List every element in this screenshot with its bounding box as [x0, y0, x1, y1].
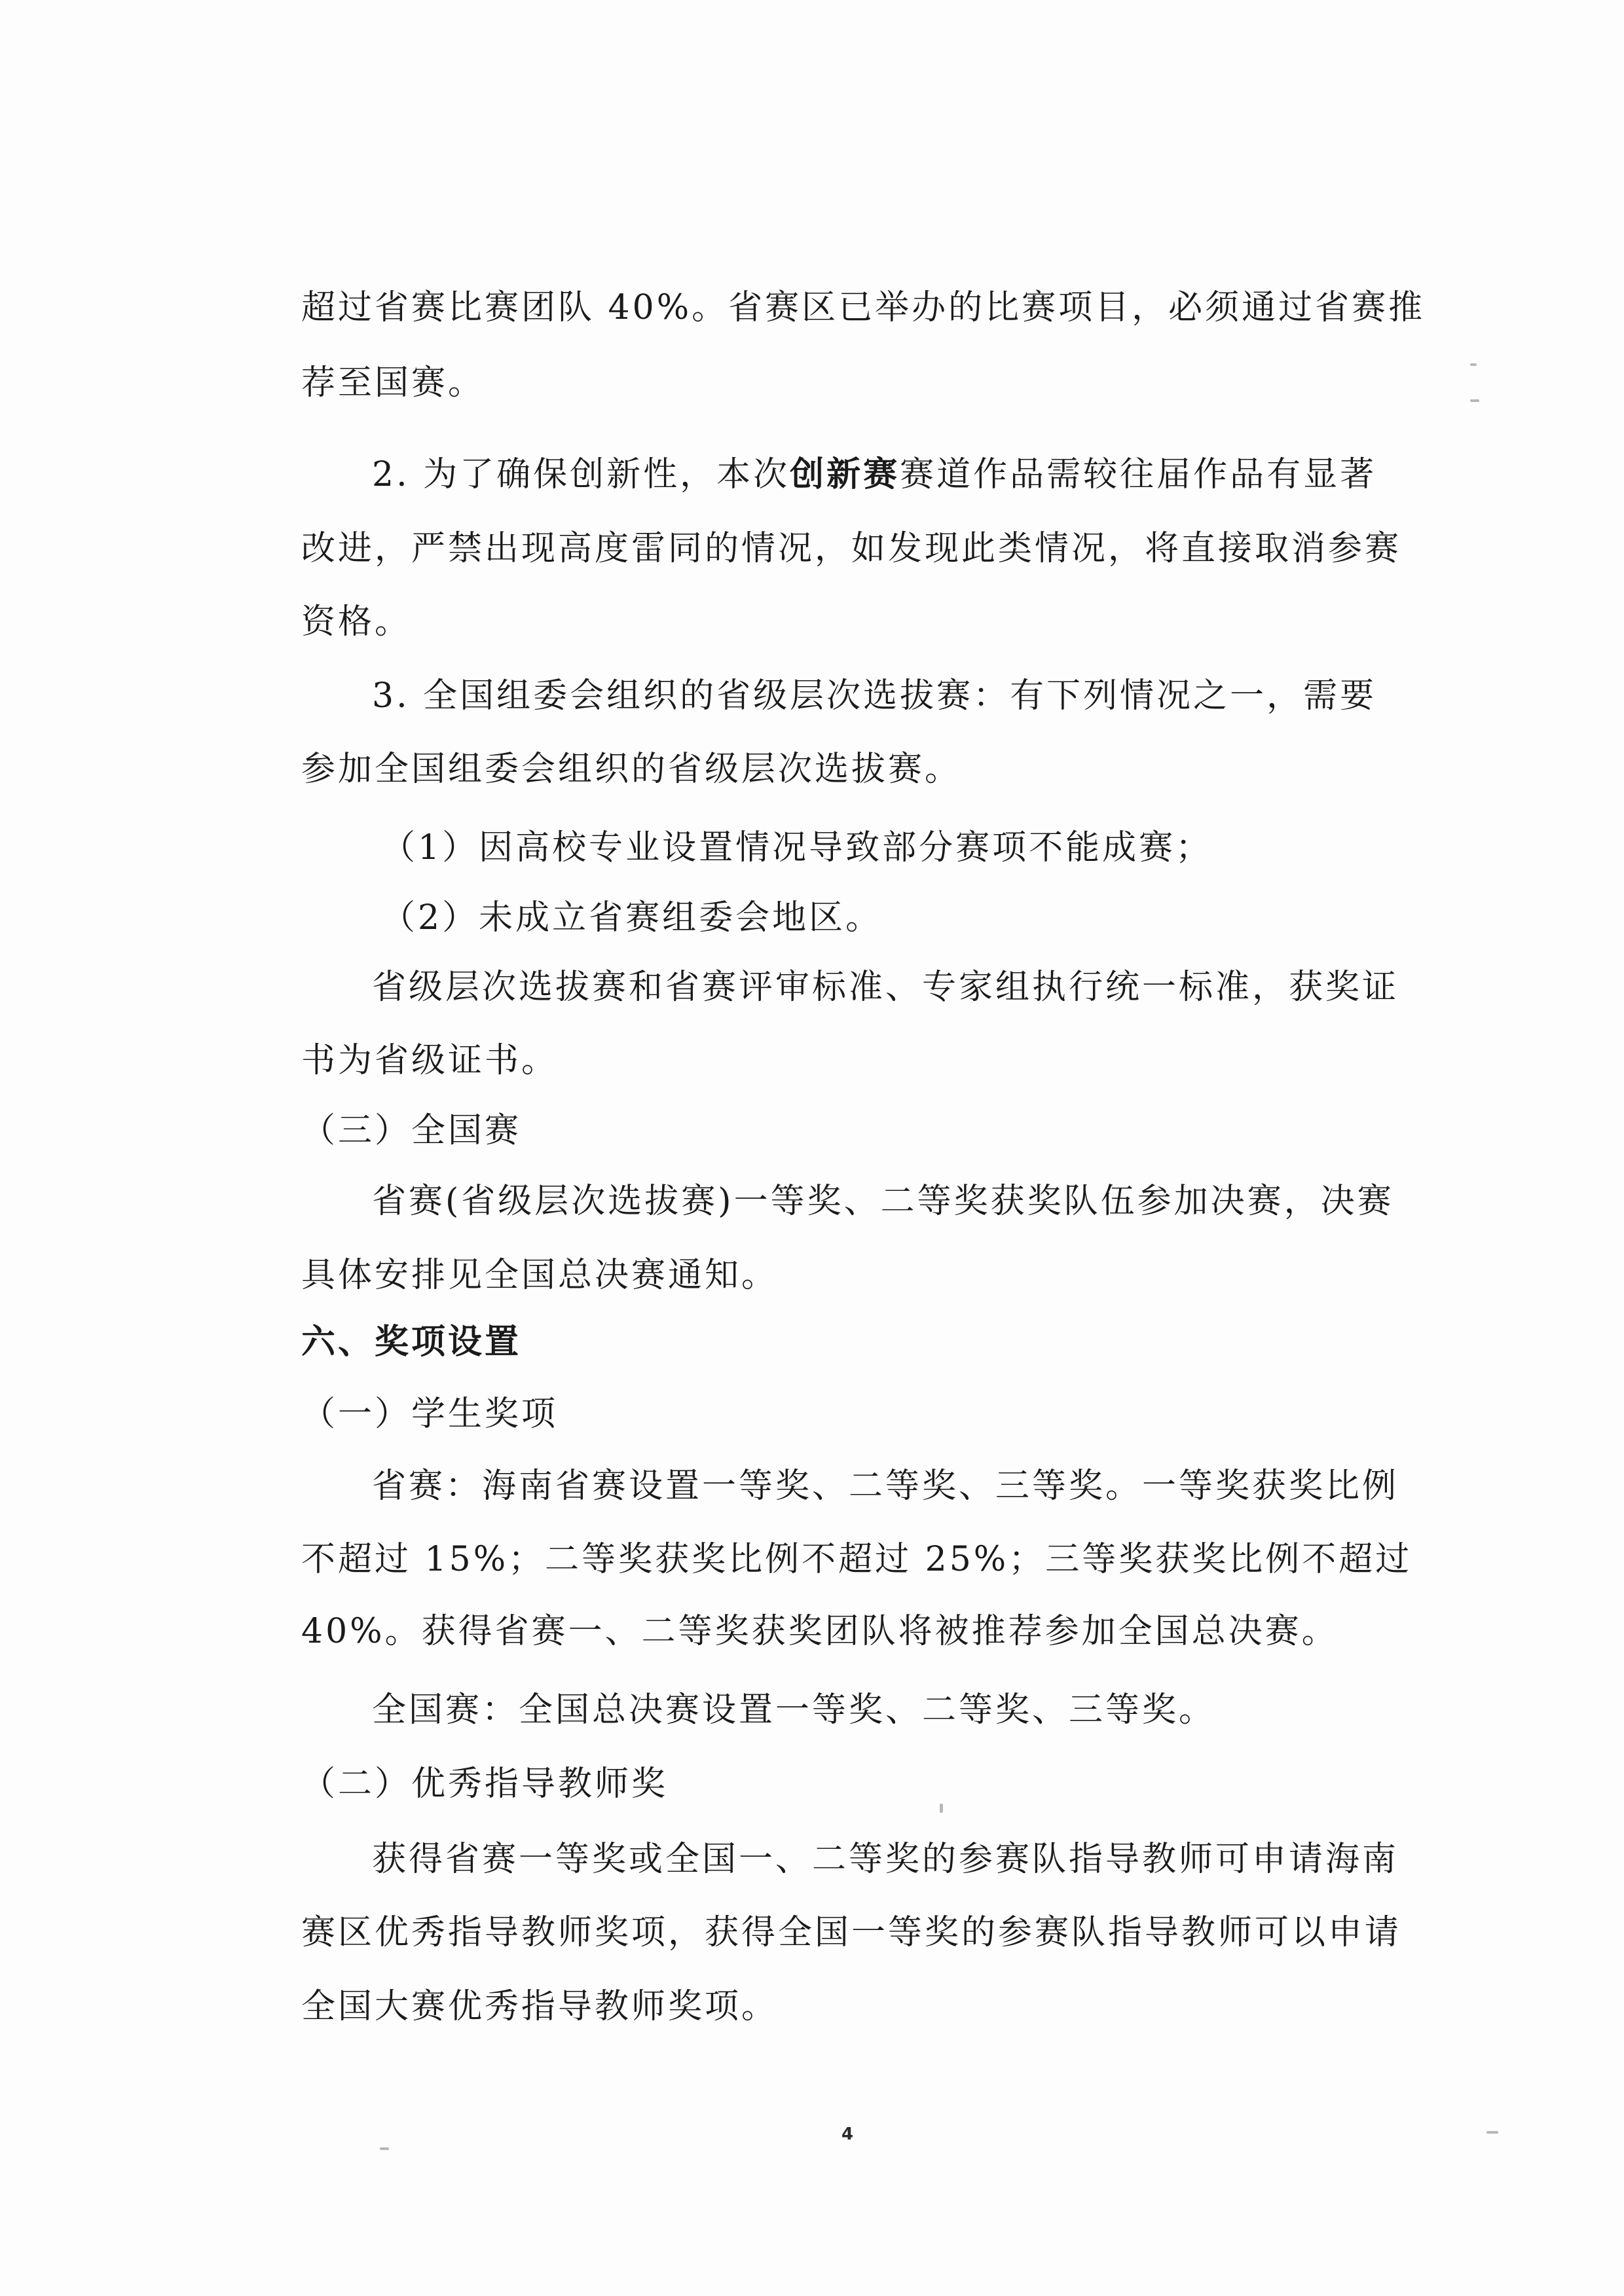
paragraph-line: 省赛：海南省赛设置一等奖、二等奖、三等奖。一等奖获奖比例: [372, 1467, 1388, 1506]
emphasis-innovation-track: 创新赛: [790, 455, 900, 494]
paragraph-line: 全国大赛优秀指导教师奖项。: [301, 1987, 1388, 2026]
paragraph-line: 超过省赛比赛团队 40%。省赛区已举办的比赛项目，必须通过省赛推: [301, 288, 1388, 327]
paragraph-line: 荐至国赛。: [301, 363, 1388, 403]
paragraph-line: 省级层次选拔赛和省赛评审标准、专家组执行统一标准，获奖证: [372, 968, 1388, 1007]
scan-artifact: [940, 1804, 943, 1813]
subsection-heading: （一）学生奖项: [301, 1394, 1388, 1434]
paragraph-line: 2. 为了确保创新性，本次创新赛赛道作品需较往届作品有显著: [372, 455, 1388, 494]
subsection-heading: （三）全国赛: [301, 1111, 1388, 1150]
paragraph-line: 赛区优秀指导教师奖项，获得全国一等奖的参赛队指导教师可以申请: [301, 1913, 1388, 1952]
paragraph-line: 40%。获得省赛一、二等奖获奖团队将被推荐参加全国总决赛。: [301, 1612, 1388, 1651]
scan-artifact: [380, 2147, 389, 2150]
page-number: 4: [841, 2124, 853, 2144]
subsection-heading: （二）优秀指导教师奖: [301, 1764, 1388, 1804]
paragraph-line: 改进，严禁出现高度雷同的情况，如发现此类情况，将直接取消参赛: [301, 529, 1388, 568]
paragraph-line: 书为省级证书。: [301, 1041, 1388, 1080]
paragraph-line: 全国赛：全国总决赛设置一等奖、二等奖、三等奖。: [372, 1690, 1388, 1730]
paragraph-line: 具体安排见全国总决赛通知。: [301, 1256, 1388, 1295]
section-heading: 六、奖项设置: [301, 1322, 1388, 1362]
item-2-text-cont: 赛道作品需较往届作品有显著: [900, 455, 1376, 494]
list-item: （1）因高校专业设置情况导致部分赛项不能成赛；: [381, 828, 1468, 867]
paragraph-line: 资格。: [301, 602, 1388, 642]
scan-artifact: [1470, 399, 1479, 402]
paragraph-line: 省赛(省级层次选拔赛)一等奖、二等奖获奖队伍参加决赛，决赛: [372, 1182, 1388, 1221]
scan-artifact: [1486, 2131, 1498, 2134]
document-page: 超过省赛比赛团队 40%。省赛区已举办的比赛项目，必须通过省赛推 荐至国赛。 2…: [0, 0, 1624, 2296]
paragraph-line: 获得省赛一等奖或全国一、二等奖的参赛队指导教师可申请海南: [372, 1840, 1388, 1879]
list-item: （2）未成立省赛组委会地区。: [381, 898, 1468, 938]
scan-artifact: [1470, 363, 1477, 366]
paragraph-line: 参加全国组委会组织的省级层次选拔赛。: [301, 750, 1388, 789]
paragraph-line: 3. 全国组委会组织的省级层次选拔赛：有下列情况之一，需要: [372, 676, 1388, 716]
paragraph-line: 不超过 15%；二等奖获奖比例不超过 25%；三等奖获奖比例不超过: [301, 1540, 1388, 1579]
item-2-text: 2. 为了确保创新性，本次: [372, 455, 790, 494]
